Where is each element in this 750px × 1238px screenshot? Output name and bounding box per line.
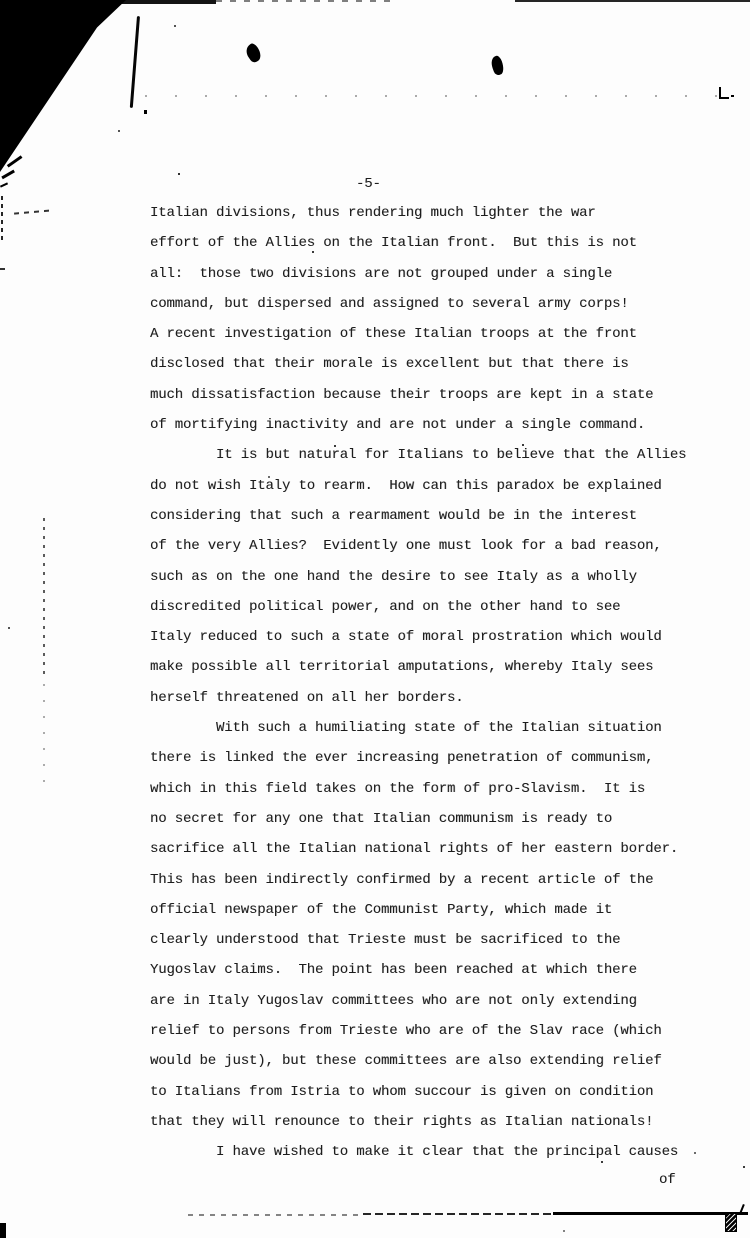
text-line: much dissatisfaction because their troop… — [150, 380, 710, 410]
text-line: Yugoslav claims. The point has been reac… — [150, 955, 710, 985]
text-line: disclosed that their morale is excellent… — [150, 349, 710, 379]
pen-stroke-dot-artifact — [144, 110, 147, 114]
left-margin-dashed-tail-artifact — [43, 684, 45, 784]
left-edge-squiggle-artifact — [14, 209, 52, 214]
text-line: would be just), but these committees are… — [150, 1046, 710, 1076]
text-line: A recent investigation of these Italian … — [150, 319, 710, 349]
bottom-rule-tick-artifact — [739, 1204, 745, 1214]
text-line: discredited political power, and on the … — [150, 592, 710, 622]
bottom-left-edge-artifact — [0, 1223, 6, 1238]
text-line: such as on the one hand the desire to se… — [150, 562, 710, 592]
ink-blot-right-artifact — [489, 55, 506, 77]
text-line: This has been indirectly confirmed by a … — [150, 865, 710, 895]
text-line: It is but natural for Italians to believ… — [150, 440, 710, 470]
vertical-pen-stroke-artifact — [130, 16, 140, 108]
catchword-of: of — [659, 1172, 676, 1188]
text-line: command, but dispersed and assigned to s… — [150, 289, 710, 319]
text-line: sacrifice all the Italian national right… — [150, 834, 710, 864]
scan-corner-fold-artifact — [0, 0, 126, 172]
bottom-right-stamp-artifact — [726, 1214, 736, 1231]
text-line: of the very Allies? Evidently one must l… — [150, 531, 710, 561]
corner-scratch-artifact — [7, 155, 22, 167]
text-line: to Italians from Istria to whom succour … — [150, 1077, 710, 1107]
bottom-rule-solid-artifact — [553, 1212, 748, 1215]
text-line: no secret for any one that Italian commu… — [150, 804, 710, 834]
text-line: I have wished to make it clear that the … — [150, 1137, 710, 1167]
text-line: there is linked the ever increasing pene… — [150, 743, 710, 773]
top-edge-line-right-artifact — [515, 0, 750, 2]
top-edge-dashed-artifact — [216, 0, 391, 2]
left-edge-broken-line-artifact — [1, 196, 3, 240]
text-line: clearly understood that Trieste must be … — [150, 925, 710, 955]
corner-scratch-artifact — [0, 182, 8, 187]
text-line: which in this field takes on the form of… — [150, 774, 710, 804]
text-line: relief to persons from Trieste who are o… — [150, 1016, 710, 1046]
text-line: effort of the Allies on the Italian fron… — [150, 228, 710, 258]
ink-blot-left-artifact — [243, 42, 264, 64]
text-line: considering that such a rearmament would… — [150, 501, 710, 531]
text-line: make possible all territorial amputation… — [150, 652, 710, 682]
text-line: Italian divisions, thus rendering much l… — [150, 198, 710, 228]
text-line: herself threatened on all her borders. — [150, 683, 710, 713]
text-line: of mortifying inactivity and are not und… — [150, 410, 710, 440]
right-edge-dot-artifact — [731, 95, 734, 97]
text-line: With such a humiliating state of the Ita… — [150, 713, 710, 743]
text-line: Italy reduced to such a state of moral p… — [150, 622, 710, 652]
top-edge-line-artifact — [118, 0, 216, 4]
right-edge-bracket-artifact — [719, 87, 729, 99]
corner-scratch-artifact — [1, 170, 14, 179]
text-line: that they will renounce to their rights … — [150, 1107, 710, 1137]
text-line: official newspaper of the Communist Part… — [150, 895, 710, 925]
page-number: -5- — [356, 176, 381, 192]
faint-dotted-line-artifact — [145, 95, 735, 97]
bottom-rule-dashed-artifact — [363, 1213, 553, 1215]
scanned-document-page: -5- Italian divisions, thus rendering mu… — [0, 0, 750, 1238]
document-text-block: Italian divisions, thus rendering much l… — [150, 198, 710, 1168]
left-margin-dashed-line-artifact — [43, 518, 45, 678]
text-line: all: those two divisions are not grouped… — [150, 259, 710, 289]
left-edge-dash-artifact — [0, 268, 5, 270]
text-line: do not wish Italy to rearm. How can this… — [150, 471, 710, 501]
scan-noise-dots-artifact — [0, 0, 2, 2]
text-line: are in Italy Yugoslav committees who are… — [150, 986, 710, 1016]
bottom-rule-dotted-artifact — [188, 1214, 363, 1216]
